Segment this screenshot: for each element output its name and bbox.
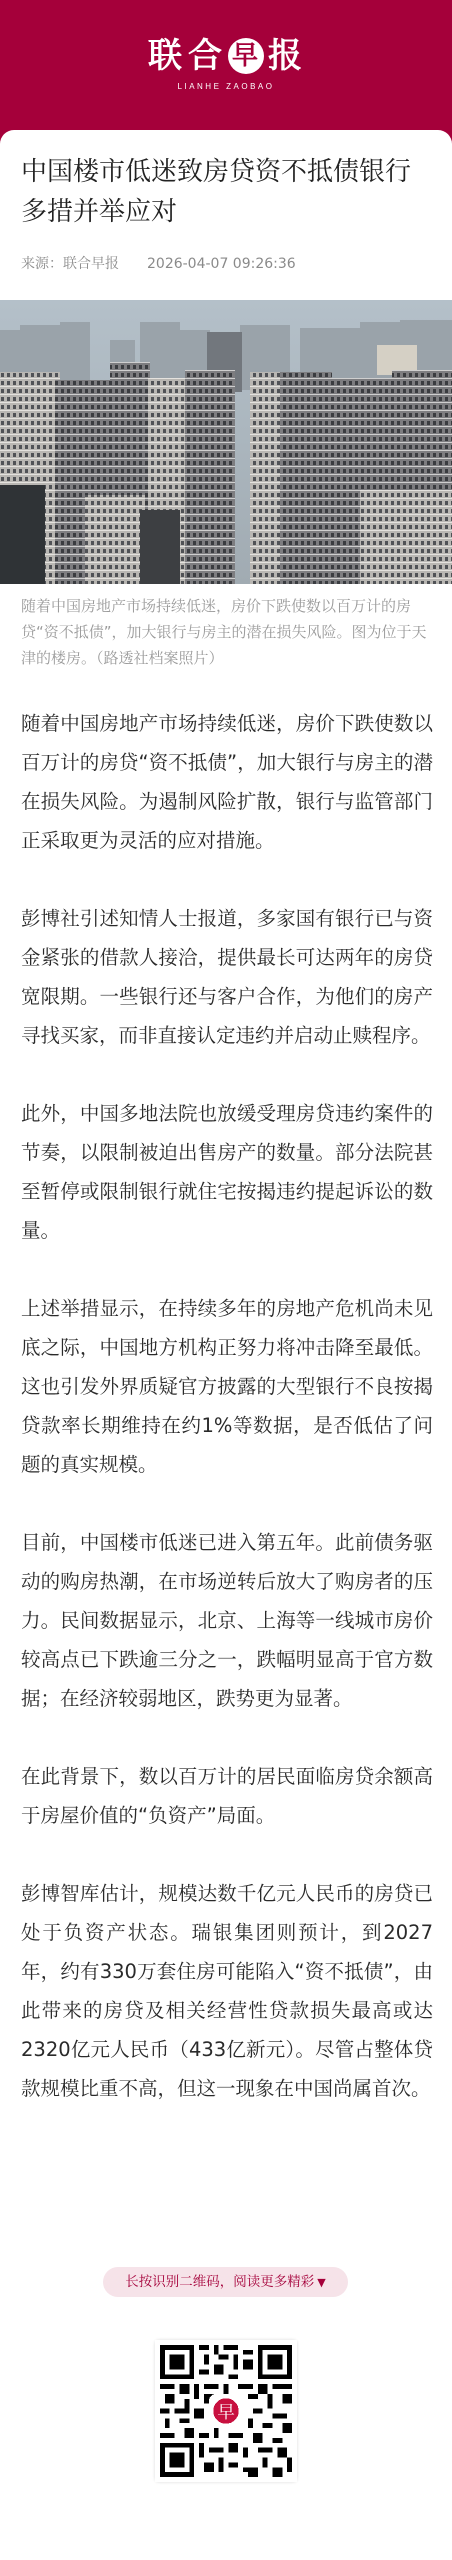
cta-label: 长按识别二维码，阅读更多精彩 [125, 2274, 314, 2290]
paragraph: 目前，中国楼市低迷已进入第五年。此前债务驱动的购房热潮，在市场逆转后放大了购房者… [21, 1523, 433, 1718]
logo-char: 合 [188, 36, 224, 76]
photo-caption: 随着中国房地产市场持续低迷，房价下跌使数以百万计的房贷“资不抵债”，加大银行与房… [21, 593, 433, 671]
article-meta: 来源：联合早报2026-04-07 09:26:36 [21, 254, 296, 274]
logo-char: 报 [268, 36, 304, 76]
city-buildings-image [0, 300, 452, 584]
logo-circle-icon: 早 [228, 38, 264, 74]
paragraph: 此外，中国多地法院也放缓受理房贷违约案件的节奏，以限制被迫出售房产的数量。部分法… [21, 1094, 433, 1250]
article-body: 随着中国房地产市场持续低迷，房价下跌使数以百万计的房贷“资不抵债”，加大银行与房… [21, 704, 433, 2147]
paragraph: 上述举措显示，在持续多年的房地产危机尚未见底之际，中国地方机构正努力将冲击降至最… [21, 1289, 433, 1484]
read-more-cta[interactable]: 长按识别二维码，阅读更多精彩▼ [103, 2267, 348, 2297]
article-photo [0, 300, 452, 584]
paragraph: 随着中国房地产市场持续低迷，房价下跌使数以百万计的房贷“资不抵债”，加大银行与房… [21, 704, 433, 860]
logo: 联 合 早 报 LIANHE ZAOBAO [0, 36, 452, 91]
logo-subtitle: LIANHE ZAOBAO [0, 82, 452, 91]
logo-char: 联 [148, 36, 184, 76]
source-label: 来源：联合早报 [21, 256, 119, 272]
article-title: 中国楼市低迷致房贷资不抵债银行多措并举应对 [21, 152, 431, 232]
qr-code-icon: 早 [155, 2340, 297, 2482]
masthead: 联 合 早 报 LIANHE ZAOBAO [0, 0, 452, 150]
qr-logo-char: 早 [217, 2403, 235, 2423]
article-card: 中国楼市低迷致房贷资不抵债银行多措并举应对 来源：联合早报2026-04-07 … [0, 130, 452, 2560]
paragraph: 在此背景下，数以百万计的居民面临房贷余额高于房屋价值的“负资产”局面。 [21, 1757, 433, 1835]
publish-datetime: 2026-04-07 09:26:36 [147, 256, 296, 272]
qr-code[interactable]: 早 [155, 2340, 297, 2482]
paragraph: 彭博社引述知情人士报道，多家国有银行已与资金紧张的借款人接洽，提供最长可达两年的… [21, 899, 433, 1055]
triangle-down-icon: ▼ [317, 2276, 325, 2289]
paragraph: 彭博智库估计，规模达数千亿元人民币的房贷已处于负资产状态。瑞银集团则预计，到20… [21, 1874, 433, 2108]
